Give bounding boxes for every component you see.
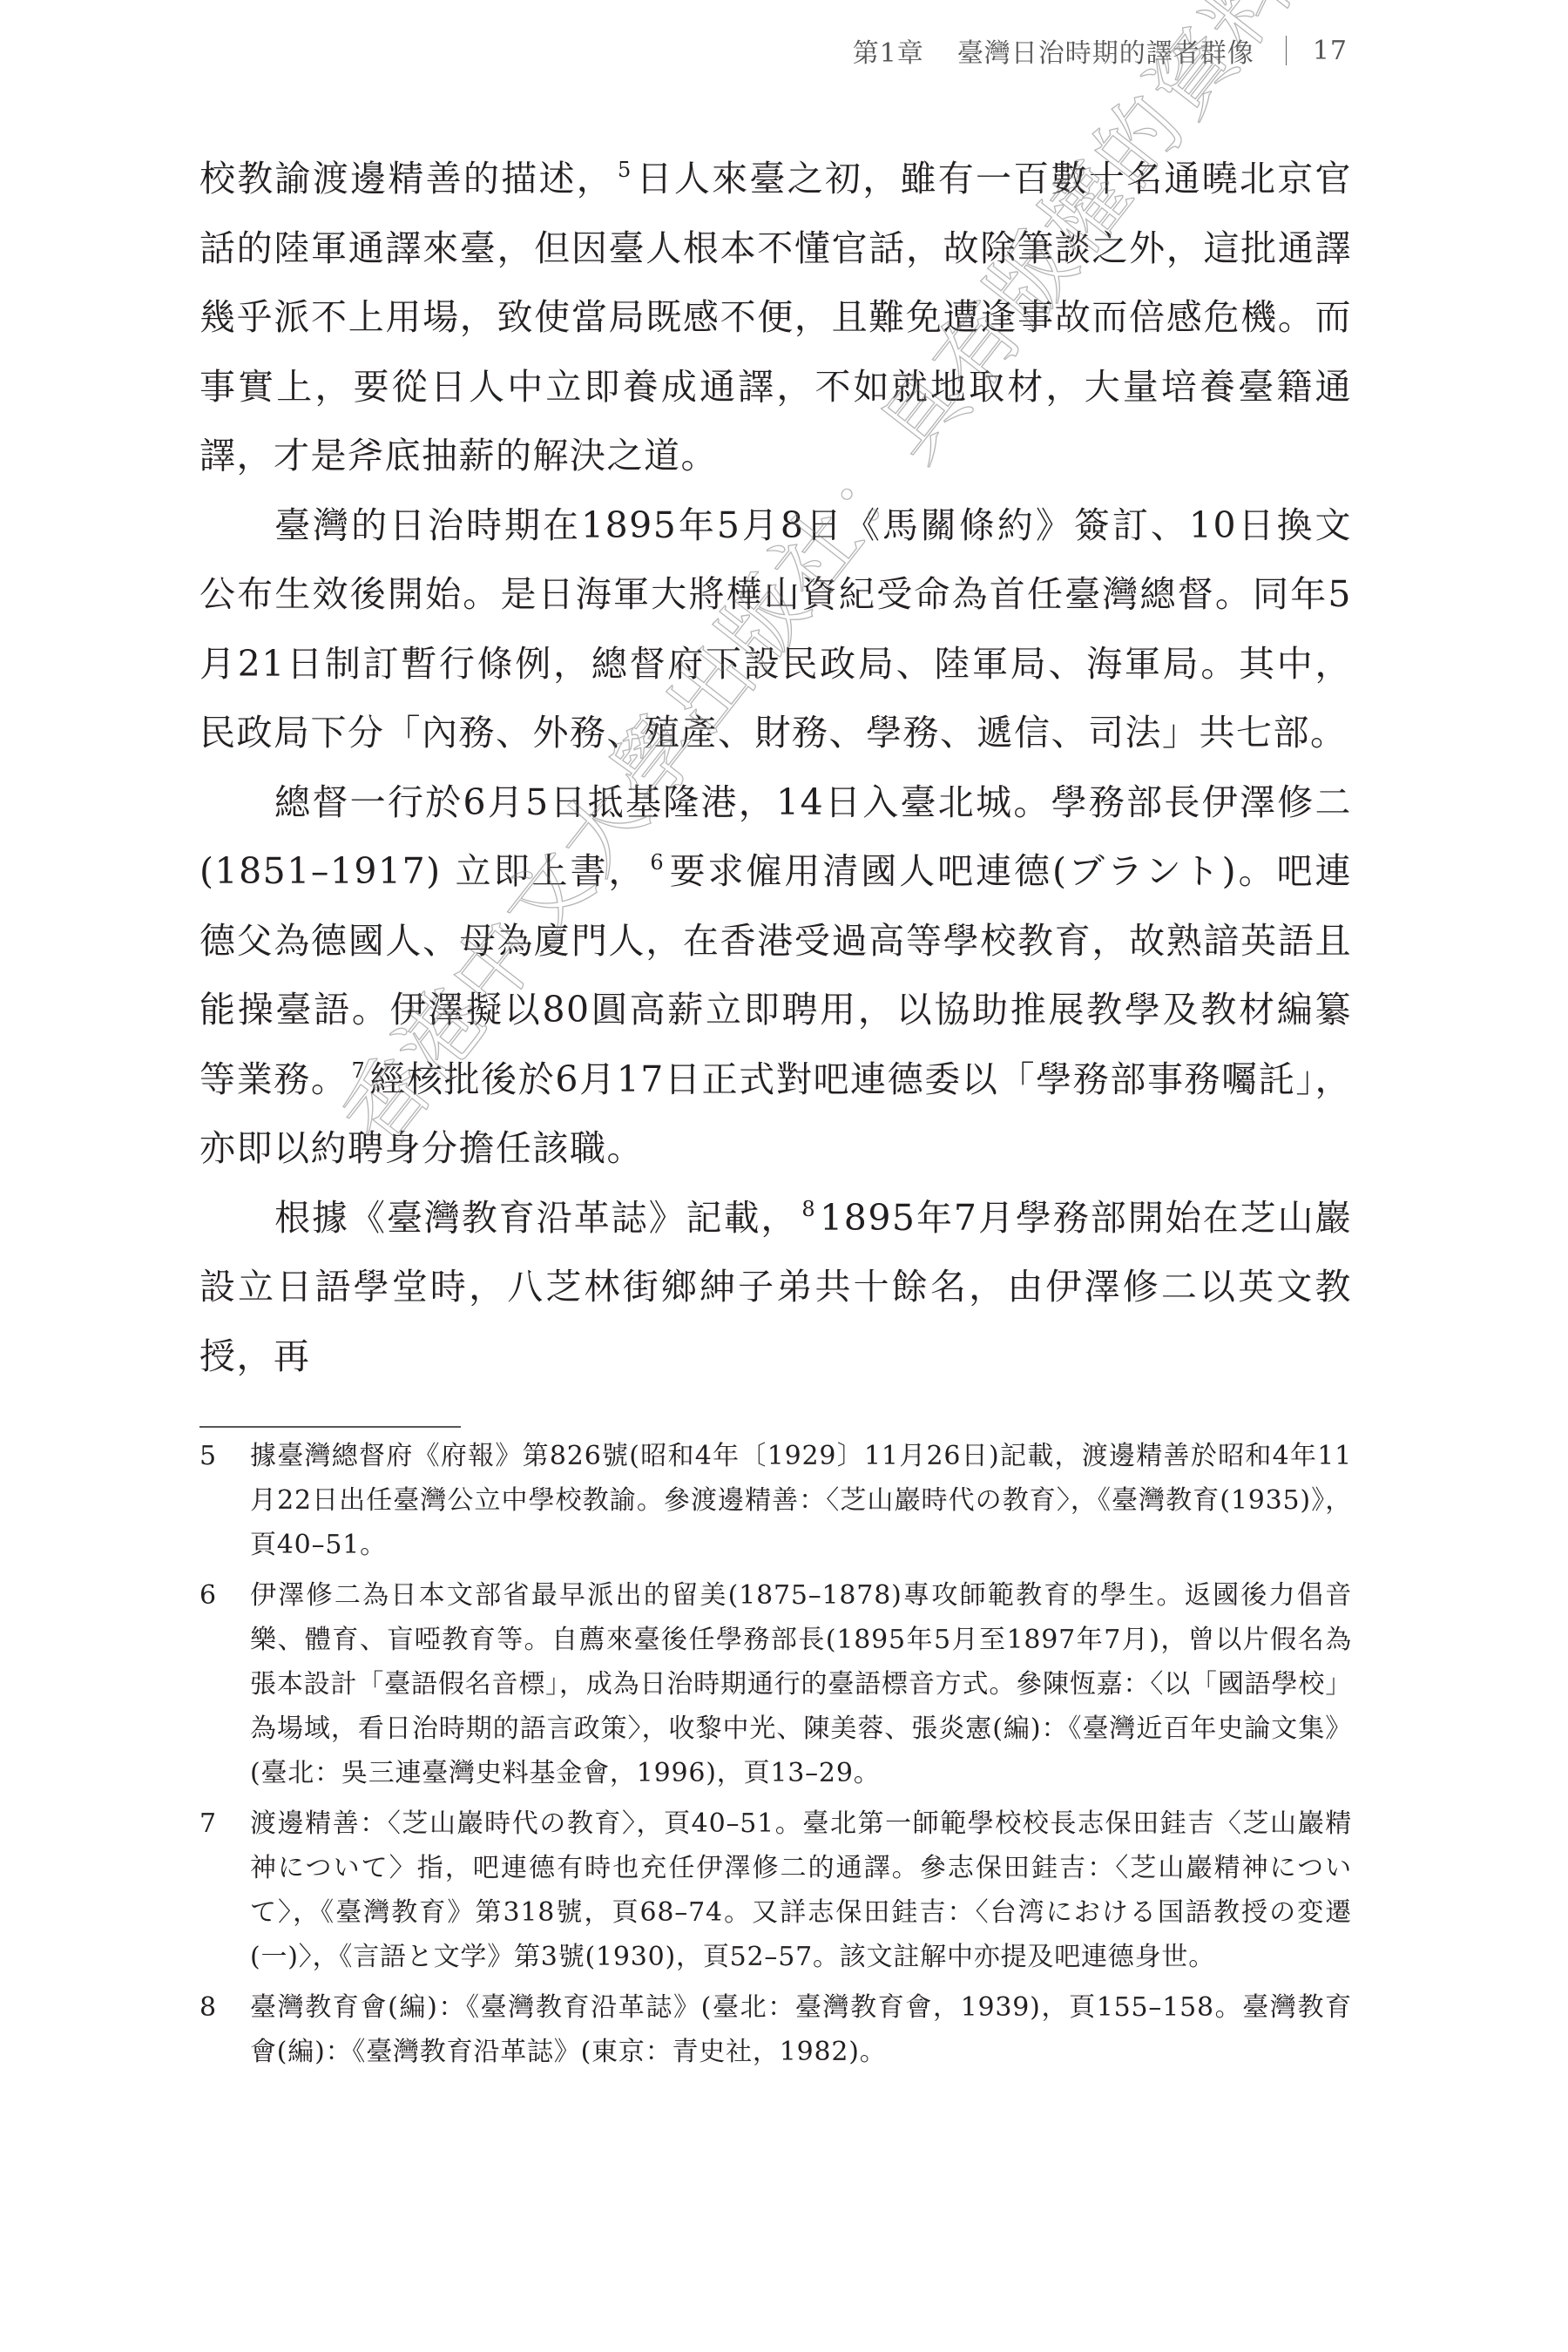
- text-run: 校教諭渡邊精善的描述，: [199, 158, 614, 199]
- footnote-text: 臺灣教育會(編)：《臺灣教育沿革誌》(臺北：臺灣教育會，1939)，頁155–1…: [250, 1985, 1352, 2074]
- paragraph: 臺灣的日治時期在1895年5月8日《馬關條約》簽訂、10日換文公布生效後開始。是…: [199, 491, 1352, 768]
- footnote-number: 5: [199, 1434, 250, 1567]
- text-run: 日人來臺之初，雖有一百數十名通曉北京官話的陸軍通譯來臺，但因臺人根本不懂官話，故…: [199, 158, 1352, 476]
- paragraph: 總督一行於6月5日抵基隆港，14日入臺北城。學務部長伊澤修二(1851–1917…: [199, 768, 1352, 1184]
- footnote-number: 8: [199, 1985, 250, 2074]
- text-run: 經核批後於6月17日正式對吧連德委以「學務部事務囑託」，亦即以約聘身分擔任該職。: [199, 1058, 1352, 1170]
- body-text: 校教諭渡邊精善的描述，5日人來臺之初，雖有一百數十名通曉北京官話的陸軍通譯來臺，…: [199, 145, 1352, 1391]
- footnote-ref[interactable]: 5: [618, 158, 632, 182]
- footnote-number: 7: [199, 1801, 250, 1979]
- footnote-text: 渡邊精善：〈芝山巖時代の教育〉，頁40–51。臺北第一師範學校校長志保田銈吉〈芝…: [250, 1801, 1352, 1979]
- footnote-separator: [199, 1426, 461, 1428]
- running-header: 第1章 臺灣日治時期的譯者群像 17: [853, 31, 1348, 70]
- footnote-6: 6 伊澤修二為日本文部省最早派出的留美(1875–1878)專攻師範教育的學生。…: [199, 1573, 1352, 1795]
- footnote-ref[interactable]: 8: [801, 1197, 816, 1221]
- footnote-7: 7 渡邊精善：〈芝山巖時代の教育〉，頁40–51。臺北第一師範學校校長志保田銈吉…: [199, 1801, 1352, 1979]
- paragraph: 校教諭渡邊精善的描述，5日人來臺之初，雖有一百數十名通曉北京官話的陸軍通譯來臺，…: [199, 145, 1352, 491]
- footnote-ref[interactable]: 7: [351, 1058, 366, 1083]
- footnote-number: 6: [199, 1573, 250, 1795]
- text-run: 根據《臺灣教育沿革誌》記載，: [274, 1197, 798, 1239]
- footnote-5: 5 據臺灣總督府《府報》第826號(昭和4年〔1929〕11月26日)記載，渡邊…: [199, 1434, 1352, 1567]
- footnotes: 5 據臺灣總督府《府報》第826號(昭和4年〔1929〕11月26日)記載，渡邊…: [199, 1434, 1352, 2080]
- chapter-label: 第1章: [853, 31, 924, 70]
- text-run: 臺灣的日治時期在1895年5月8日《馬關條約》簽訂、10日換文公布生效後開始。是…: [199, 504, 1352, 754]
- footnote-text: 據臺灣總督府《府報》第826號(昭和4年〔1929〕11月26日)記載，渡邊精善…: [250, 1434, 1352, 1567]
- book-page: 第1章 臺灣日治時期的譯者群像 17 校教諭渡邊精善的描述，5日人來臺之初，雖有…: [0, 0, 1568, 2352]
- paragraph: 根據《臺灣教育沿革誌》記載，81895年7月學務部開始在芝山巖設立日語學堂時，八…: [199, 1184, 1352, 1392]
- page-number: 17: [1313, 36, 1348, 66]
- footnote-text: 伊澤修二為日本文部省最早派出的留美(1875–1878)專攻師範教育的學生。返國…: [250, 1573, 1352, 1795]
- header-divider: [1286, 36, 1287, 65]
- chapter-title: 臺灣日治時期的譯者群像: [957, 31, 1254, 70]
- footnote-8: 8 臺灣教育會(編)：《臺灣教育沿革誌》(臺北：臺灣教育會，1939)，頁155…: [199, 1985, 1352, 2074]
- footnote-ref[interactable]: 6: [650, 850, 665, 875]
